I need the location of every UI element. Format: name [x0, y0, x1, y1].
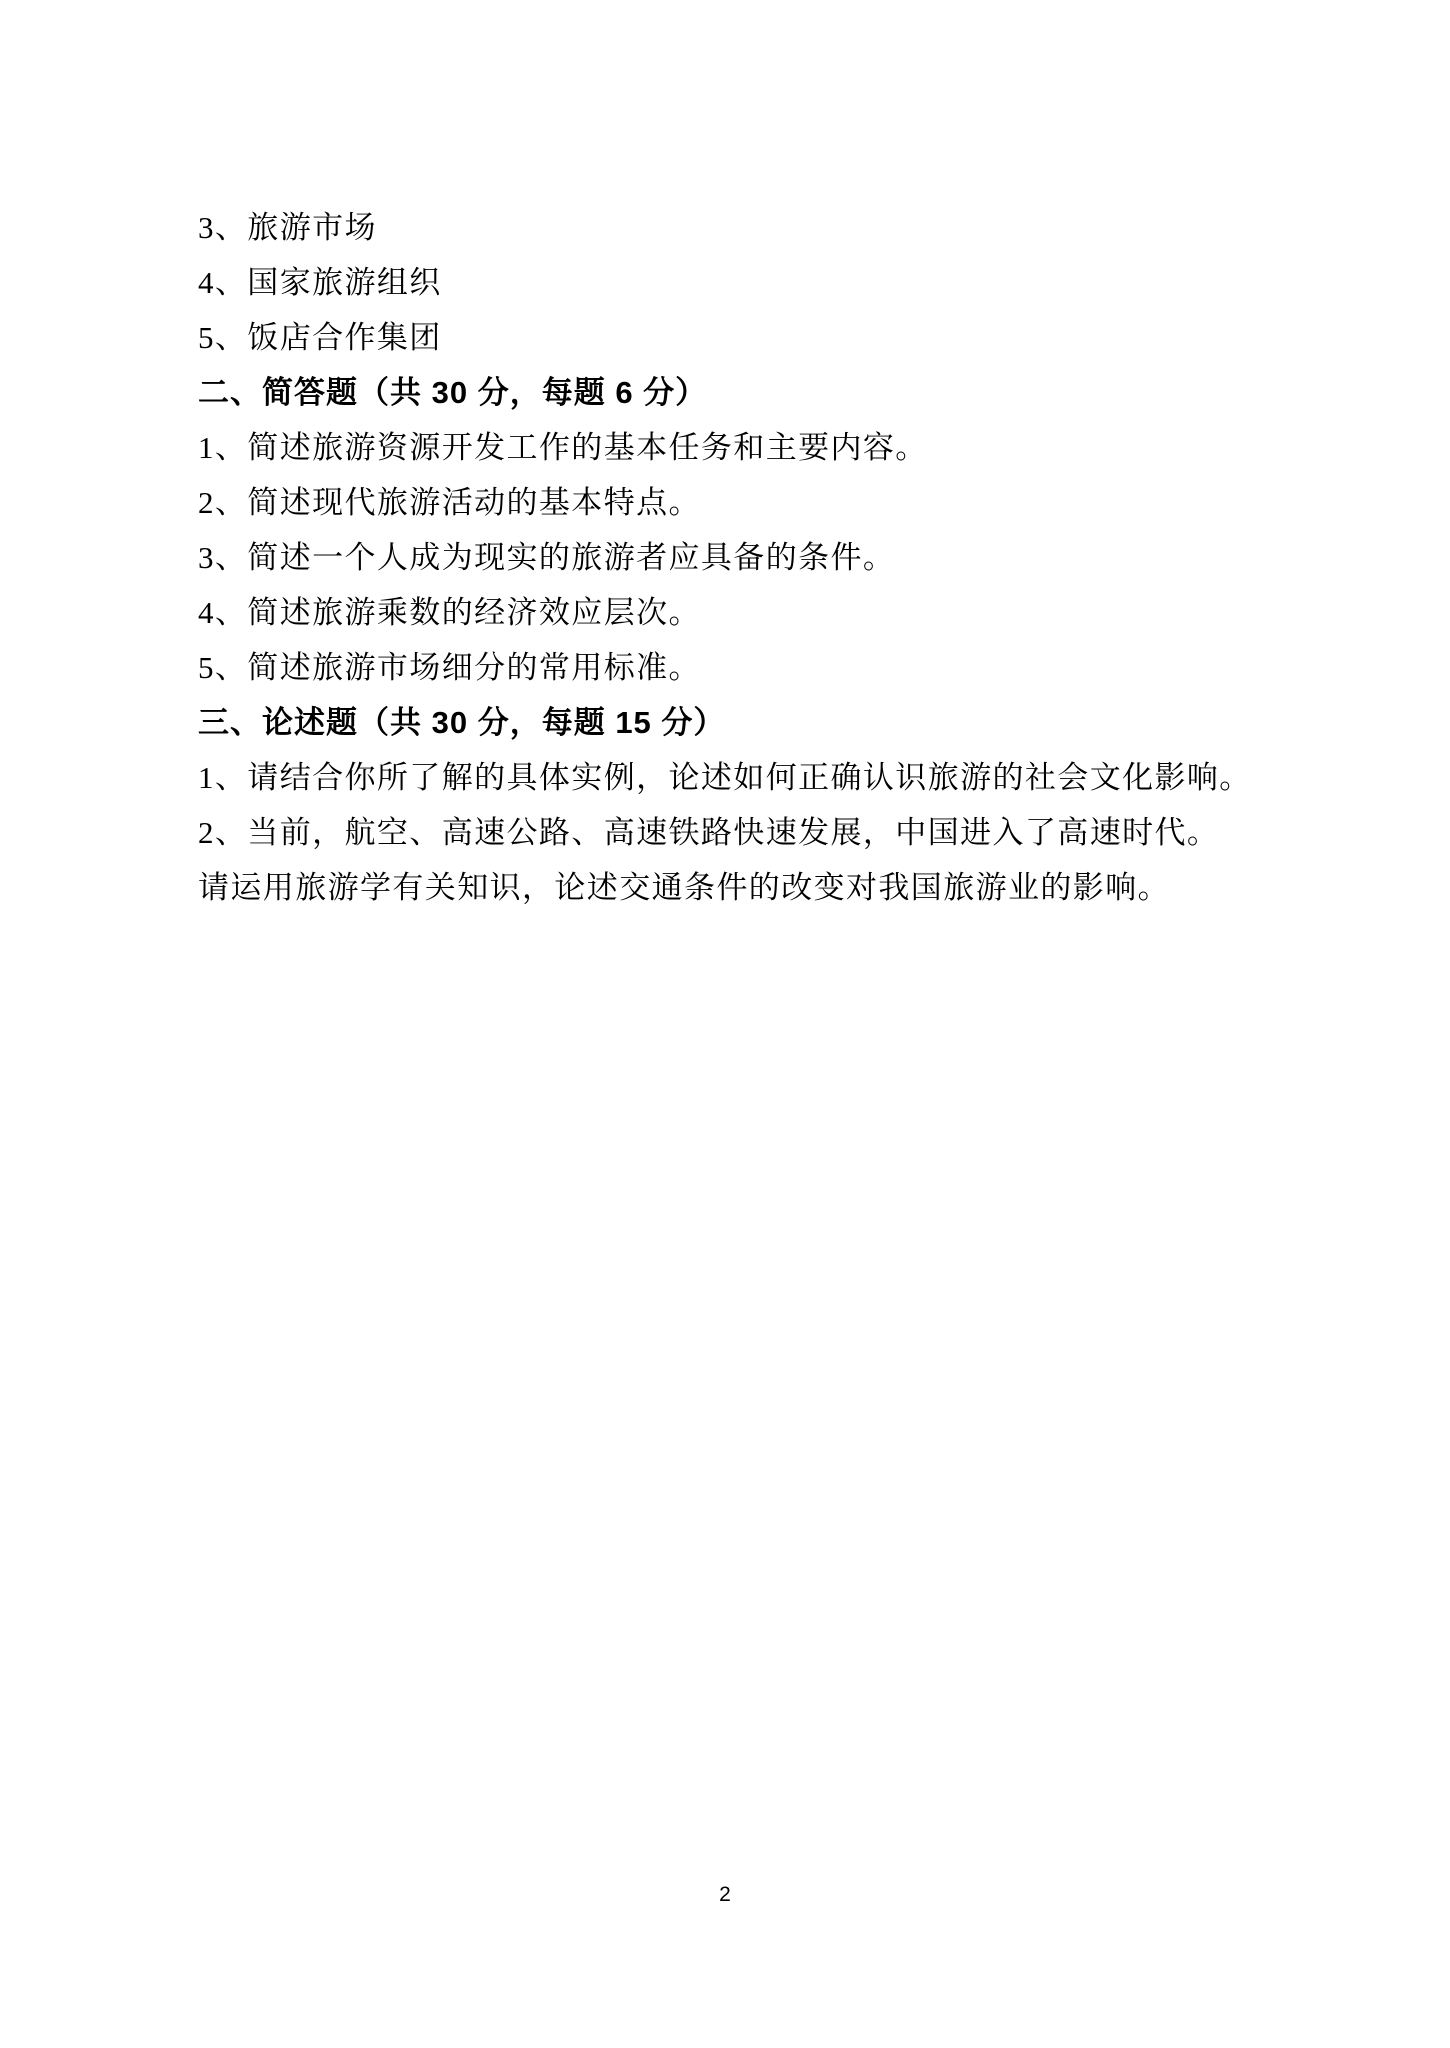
essay-question-1: 1、请结合你所了解的具体实例，论述如何正确认识旅游的社会文化影响。	[198, 750, 1278, 805]
short-answer-question-3: 3、简述一个人成为现实的旅游者应具备的条件。	[198, 530, 1278, 585]
short-answer-heading: 二、简答题（共 30 分，每题 6 分）	[198, 365, 1278, 420]
noun-explanation-section-tail: 3、旅游市场 4、国家旅游组织 5、饭店合作集团	[198, 200, 1278, 365]
essay-question-2-continued: 请运用旅游学有关知识，论述交通条件的改变对我国旅游业的影响。	[198, 860, 1278, 915]
term-item-5: 5、饭店合作集团	[198, 310, 1278, 365]
term-item-4: 4、国家旅游组织	[198, 255, 1278, 310]
term-item-3: 3、旅游市场	[198, 200, 1278, 255]
exam-content: 3、旅游市场 4、国家旅游组织 5、饭店合作集团 二、简答题（共 30 分，每题…	[198, 200, 1278, 915]
essay-question-2: 2、当前，航空、高速公路、高速铁路快速发展，中国进入了高速时代。	[198, 805, 1278, 860]
document-page: 3、旅游市场 4、国家旅游组织 5、饭店合作集团 二、简答题（共 30 分，每题…	[0, 0, 1450, 2048]
essay-section: 三、论述题（共 30 分，每题 15 分） 1、请结合你所了解的具体实例，论述如…	[198, 695, 1278, 915]
short-answer-question-2: 2、简述现代旅游活动的基本特点。	[198, 475, 1278, 530]
short-answer-question-1: 1、简述旅游资源开发工作的基本任务和主要内容。	[198, 420, 1278, 475]
short-answer-question-4: 4、简述旅游乘数的经济效应层次。	[198, 585, 1278, 640]
page-number: 2	[0, 1882, 1450, 1908]
short-answer-question-5: 5、简述旅游市场细分的常用标准。	[198, 640, 1278, 695]
essay-heading: 三、论述题（共 30 分，每题 15 分）	[198, 695, 1278, 750]
short-answer-section: 二、简答题（共 30 分，每题 6 分） 1、简述旅游资源开发工作的基本任务和主…	[198, 365, 1278, 695]
